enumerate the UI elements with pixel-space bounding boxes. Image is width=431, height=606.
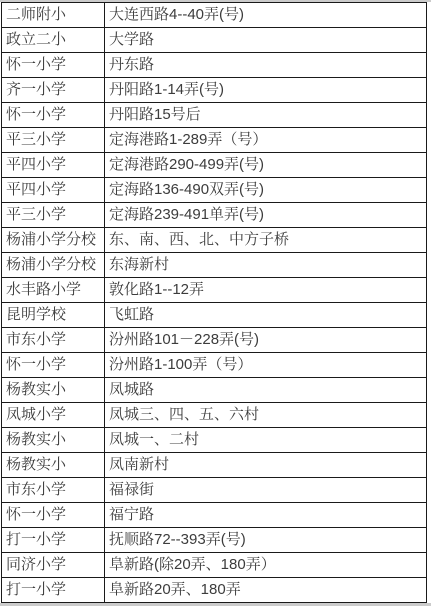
table-row: 怀一小学 福宁路 bbox=[2, 503, 427, 528]
school-cell: 凤城小学 bbox=[2, 403, 105, 428]
table-row: 昆明学校 飞虹路 bbox=[2, 303, 427, 328]
table-row: 杨教实小 凤南新村 bbox=[2, 453, 427, 478]
school-cell: 打一小学 bbox=[2, 578, 105, 603]
table-row: 平三小学 定海路239-491单弄(号) bbox=[2, 203, 427, 228]
street-cell: 定海港路290-499弄(号) bbox=[105, 153, 427, 178]
street-cell: 凤城路 bbox=[105, 378, 427, 403]
table-row: 平四小学 定海港路290-499弄(号) bbox=[2, 153, 427, 178]
table-row: 杨浦小学分校 东海新村 bbox=[2, 253, 427, 278]
school-cell: 市东小学 bbox=[2, 478, 105, 503]
street-cell: 抚顺路72--393弄(号) bbox=[105, 528, 427, 553]
school-street-table: 二师附小 大连西路4--40弄(号) 政立二小 大学路 怀一小学 丹东路 齐一小… bbox=[1, 2, 427, 603]
school-cell: 怀一小学 bbox=[2, 53, 105, 78]
street-cell: 丹阳路15号后 bbox=[105, 103, 427, 128]
table-row: 杨教实小 凤城一、二村 bbox=[2, 428, 427, 453]
school-cell: 杨教实小 bbox=[2, 428, 105, 453]
street-cell: 大连西路4--40弄(号) bbox=[105, 3, 427, 28]
table-row: 市东小学 福禄街 bbox=[2, 478, 427, 503]
street-cell: 定海港路1-289弄（号） bbox=[105, 128, 427, 153]
school-street-table-body: 二师附小 大连西路4--40弄(号) 政立二小 大学路 怀一小学 丹东路 齐一小… bbox=[2, 3, 427, 603]
school-cell: 杨浦小学分校 bbox=[2, 253, 105, 278]
table-row: 市东小学 汾州路101－228弄(号) bbox=[2, 328, 427, 353]
school-cell: 平三小学 bbox=[2, 128, 105, 153]
school-cell: 昆明学校 bbox=[2, 303, 105, 328]
table-row: 怀一小学 丹东路 bbox=[2, 53, 427, 78]
table-row: 平四小学 定海路136-490双弄(号) bbox=[2, 178, 427, 203]
table-row: 打一小学 阜新路20弄、180弄 bbox=[2, 578, 427, 603]
school-cell: 水丰路小学 bbox=[2, 278, 105, 303]
school-cell: 市东小学 bbox=[2, 328, 105, 353]
school-cell: 齐一小学 bbox=[2, 78, 105, 103]
street-cell: 阜新路(除20弄、180弄） bbox=[105, 553, 427, 578]
school-cell: 同济小学 bbox=[2, 553, 105, 578]
school-cell: 杨教实小 bbox=[2, 378, 105, 403]
table-row: 平三小学 定海港路1-289弄（号） bbox=[2, 128, 427, 153]
table-row: 怀一小学 丹阳路15号后 bbox=[2, 103, 427, 128]
street-cell: 东、南、西、北、中方子桥 bbox=[105, 228, 427, 253]
table-row: 二师附小 大连西路4--40弄(号) bbox=[2, 3, 427, 28]
table-row: 杨教实小 凤城路 bbox=[2, 378, 427, 403]
street-cell: 飞虹路 bbox=[105, 303, 427, 328]
table-row: 水丰路小学 敦化路1--12弄 bbox=[2, 278, 427, 303]
table-row: 凤城小学 凤城三、四、五、六村 bbox=[2, 403, 427, 428]
table-row: 政立二小 大学路 bbox=[2, 28, 427, 53]
school-cell: 政立二小 bbox=[2, 28, 105, 53]
street-cell: 福禄街 bbox=[105, 478, 427, 503]
street-cell: 汾州路101－228弄(号) bbox=[105, 328, 427, 353]
school-cell: 怀一小学 bbox=[2, 353, 105, 378]
street-cell: 丹阳路1-14弄(号) bbox=[105, 78, 427, 103]
street-cell: 凤城一、二村 bbox=[105, 428, 427, 453]
street-cell: 大学路 bbox=[105, 28, 427, 53]
school-cell: 杨教实小 bbox=[2, 453, 105, 478]
table-row: 打一小学 抚顺路72--393弄(号) bbox=[2, 528, 427, 553]
table-row: 齐一小学 丹阳路1-14弄(号) bbox=[2, 78, 427, 103]
street-cell: 福宁路 bbox=[105, 503, 427, 528]
table-row: 怀一小学 汾州路1-100弄（号） bbox=[2, 353, 427, 378]
street-cell: 凤城三、四、五、六村 bbox=[105, 403, 427, 428]
street-cell: 定海路239-491单弄(号) bbox=[105, 203, 427, 228]
school-cell: 平三小学 bbox=[2, 203, 105, 228]
page: 二师附小 大连西路4--40弄(号) 政立二小 大学路 怀一小学 丹东路 齐一小… bbox=[0, 0, 431, 606]
street-cell: 敦化路1--12弄 bbox=[105, 278, 427, 303]
table-row: 杨浦小学分校 东、南、西、北、中方子桥 bbox=[2, 228, 427, 253]
school-cell: 杨浦小学分校 bbox=[2, 228, 105, 253]
street-cell: 汾州路1-100弄（号） bbox=[105, 353, 427, 378]
school-cell: 怀一小学 bbox=[2, 103, 105, 128]
school-cell: 二师附小 bbox=[2, 3, 105, 28]
street-cell: 定海路136-490双弄(号) bbox=[105, 178, 427, 203]
table-row: 同济小学 阜新路(除20弄、180弄） bbox=[2, 553, 427, 578]
school-cell: 怀一小学 bbox=[2, 503, 105, 528]
school-cell: 打一小学 bbox=[2, 528, 105, 553]
street-cell: 阜新路20弄、180弄 bbox=[105, 578, 427, 603]
school-cell: 平四小学 bbox=[2, 153, 105, 178]
street-cell: 凤南新村 bbox=[105, 453, 427, 478]
street-cell: 丹东路 bbox=[105, 53, 427, 78]
street-cell: 东海新村 bbox=[105, 253, 427, 278]
school-cell: 平四小学 bbox=[2, 178, 105, 203]
